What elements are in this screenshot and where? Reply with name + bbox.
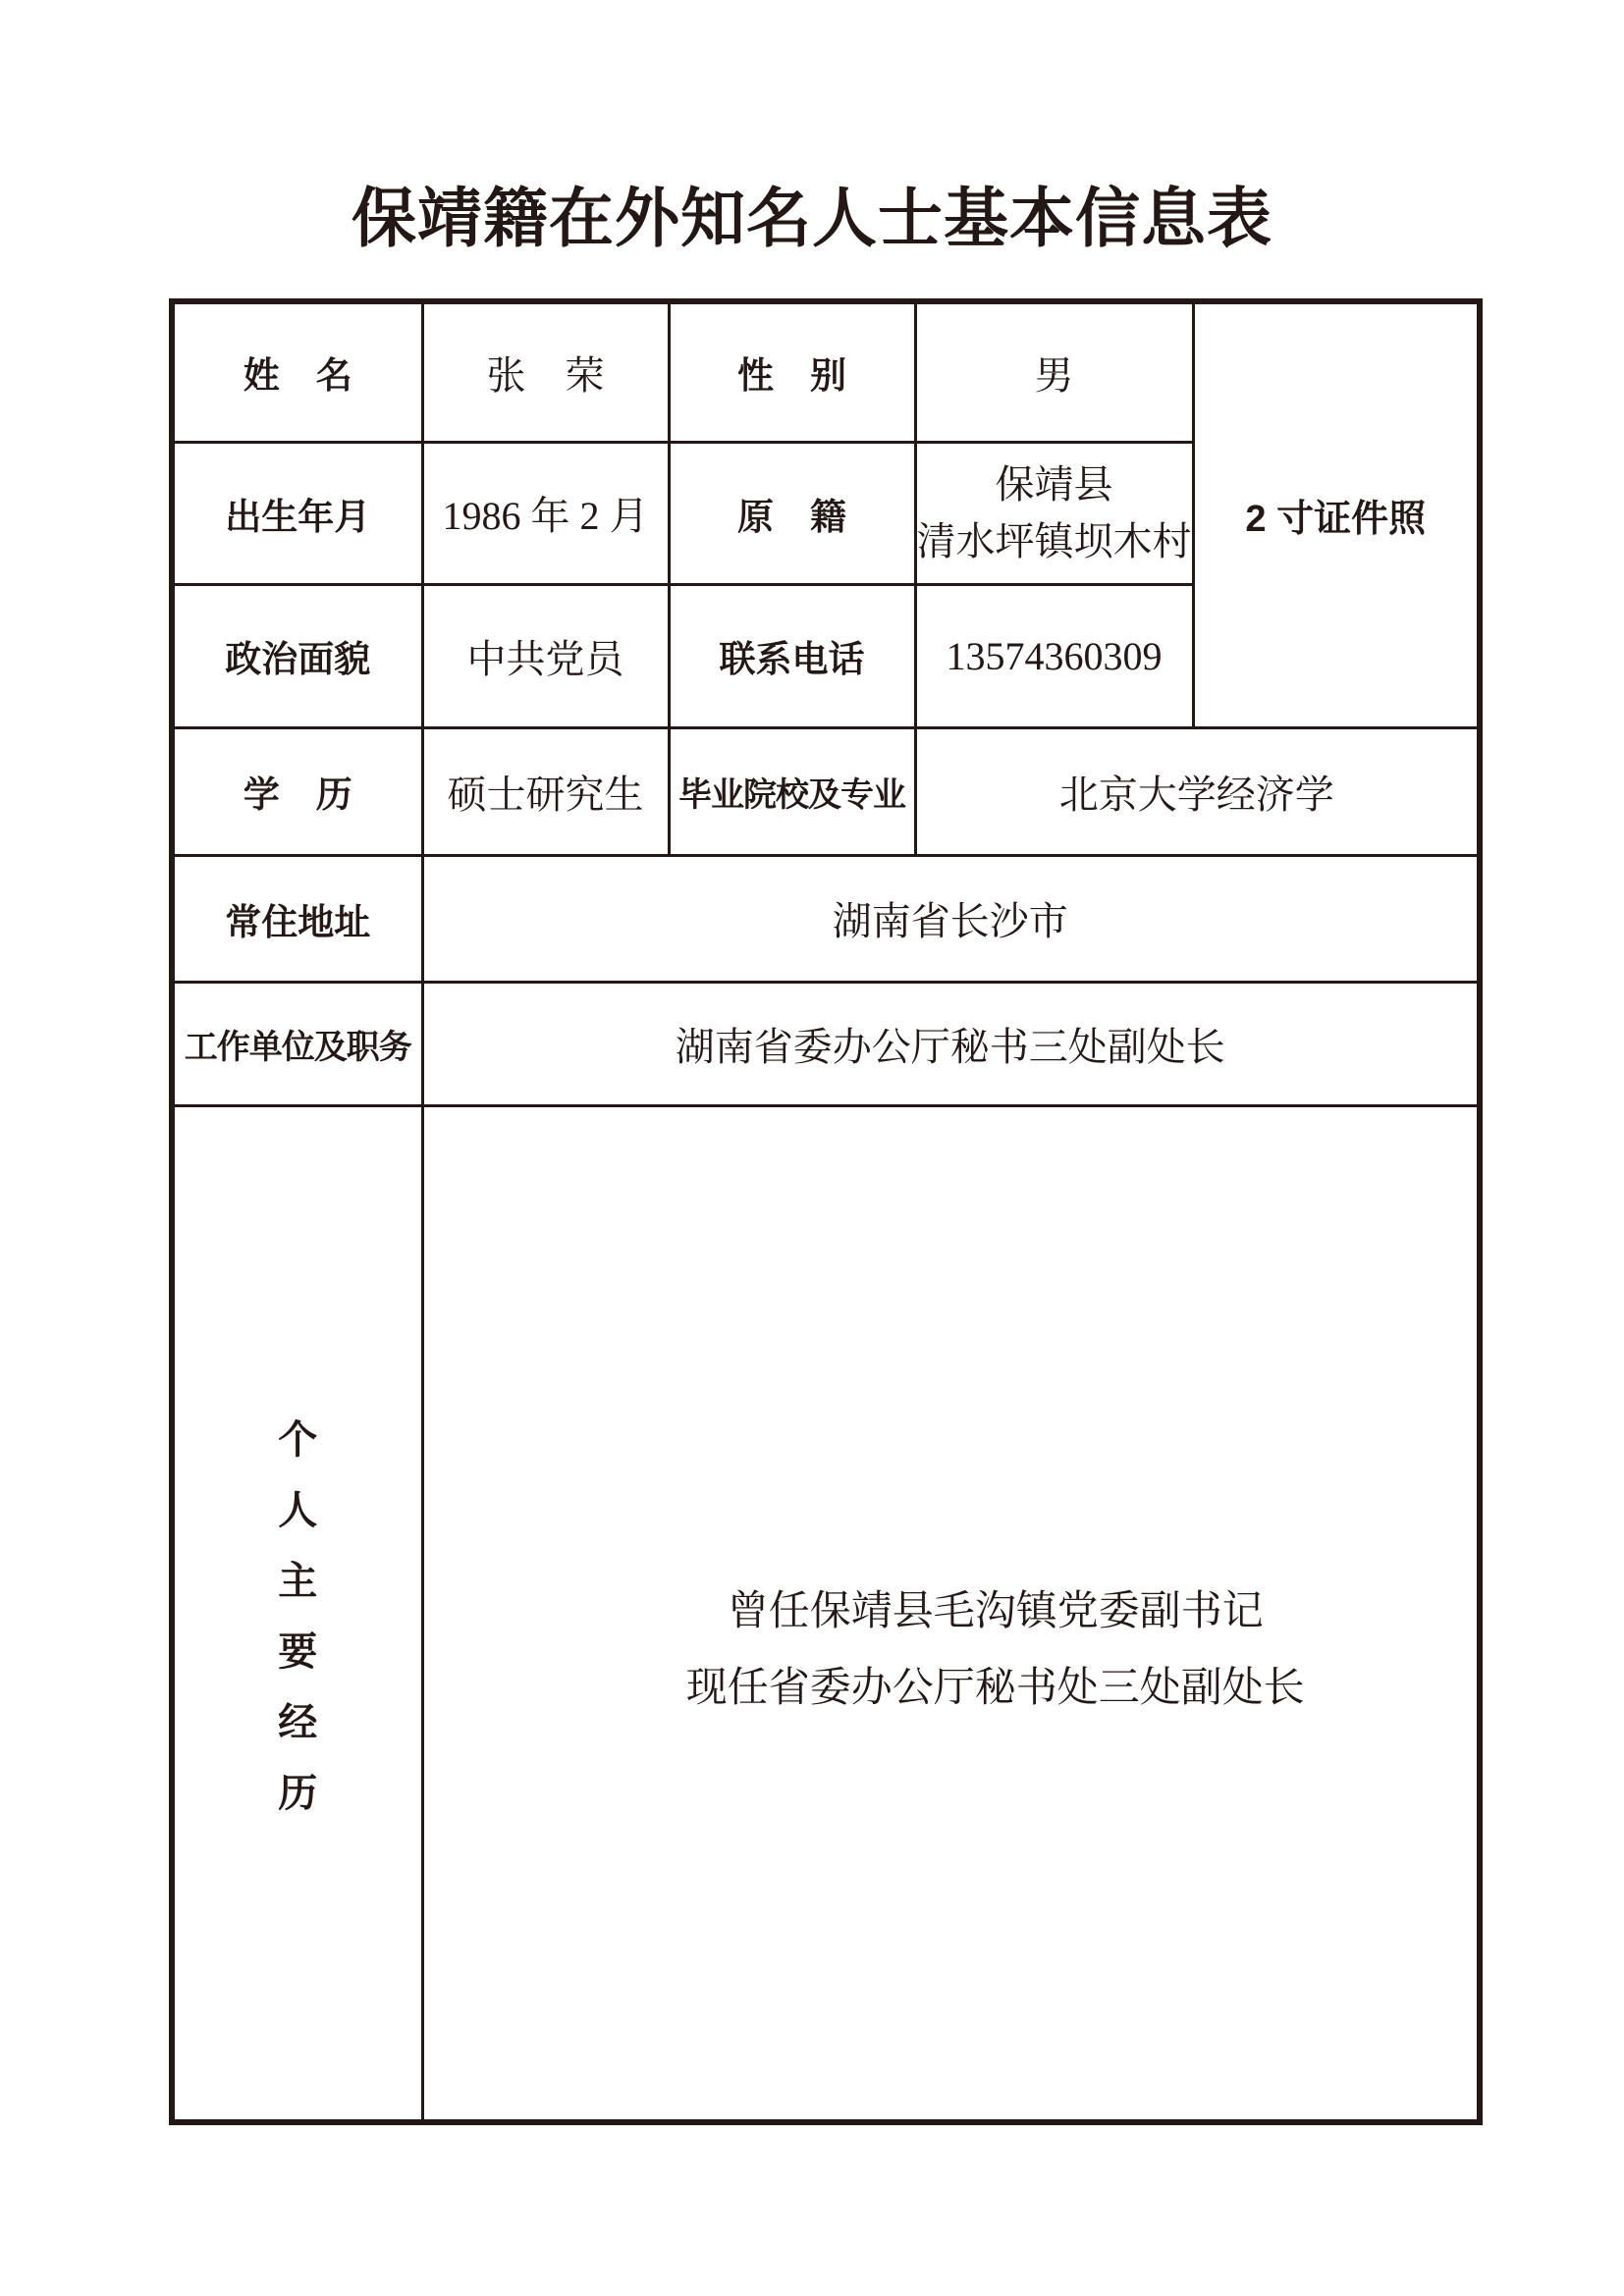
origin-label-cell: 原 籍 [669,442,915,584]
political-value-cell: 中共党员 [422,584,669,727]
experience-label-cell: 个 人 主 要 经 历 [172,1105,422,2122]
experience-label-char: 经 [278,1691,317,1747]
name-value-cell: 张 荣 [422,301,669,442]
photo-placeholder-cell: 2 寸证件照 [1193,301,1480,727]
origin-value-lines: 保靖县 清水坪镇坝木村 [917,456,1192,570]
experience-lines: 曾任保靖县毛沟镇党委副书记 现任省委办公厅秘书处三处副处长 [514,1499,1478,1727]
experience-label-char: 人 [278,1479,317,1535]
birth-label-cell: 出生年月 [172,442,422,584]
phone-label-cell: 联系电话 [669,584,915,727]
origin-line-village: 清水坪镇坝木村 [917,513,1192,570]
row-education-school: 学 历 硕士研究生 毕业院校及专业 北京大学经济学 [172,727,1480,855]
experience-label-char: 个 [278,1409,317,1465]
origin-value-cell: 保靖县 清水坪镇坝木村 [915,442,1193,584]
work-value-cell: 湖南省委办公厅秘书三处副处长 [422,982,1480,1105]
school-label-cell: 毕业院校及专业 [669,727,915,855]
experience-line-past: 曾任保靖县毛沟镇党委副书记 [514,1574,1478,1650]
info-table: 姓 名 张 荣 性 别 男 2 寸证件照 出生年月 1986 年 2 月 原 籍… [169,298,1483,2125]
school-value-cell: 北京大学经济学 [915,727,1480,855]
work-label-cell: 工作单位及职务 [172,982,422,1105]
page-title: 保靖籍在外知名人士基本信息表 [0,185,1624,256]
experience-label-char: 要 [278,1621,317,1677]
gender-label-cell: 性 别 [669,301,915,442]
row-name-gender: 姓 名 张 荣 性 别 男 2 寸证件照 [172,301,1480,442]
phone-value-cell: 13574360309 [915,584,1193,727]
education-label-cell: 学 历 [172,727,422,855]
experience-vertical-label: 个 人 主 要 经 历 [175,1409,421,1818]
row-address: 常住地址 湖南省长沙市 [172,855,1480,982]
experience-line-current: 现任省委办公厅秘书处三处副处长 [514,1650,1478,1727]
row-experience: 个 人 主 要 经 历 曾任保靖县毛沟镇党委副书记 现任省委办公厅秘书处三处副处… [172,1105,1480,2122]
political-label-cell: 政治面貌 [172,584,422,727]
address-label-cell: 常住地址 [172,855,422,982]
birth-value-cell: 1986 年 2 月 [422,442,669,584]
document-page: 保靖籍在外知名人士基本信息表 姓 名 张 荣 性 别 男 2 寸证件照 出生年月… [0,0,1624,2296]
experience-content-cell: 曾任保靖县毛沟镇党委副书记 现任省委办公厅秘书处三处副处长 [422,1105,1480,2122]
experience-label-char: 主 [278,1550,317,1606]
experience-label-char: 历 [278,1762,317,1818]
gender-value-cell: 男 [915,301,1193,442]
address-value-cell: 湖南省长沙市 [422,855,1480,982]
row-work: 工作单位及职务 湖南省委办公厅秘书三处副处长 [172,982,1480,1105]
origin-line-county: 保靖县 [917,456,1192,513]
name-label-cell: 姓 名 [172,301,422,442]
education-value-cell: 硕士研究生 [422,727,669,855]
